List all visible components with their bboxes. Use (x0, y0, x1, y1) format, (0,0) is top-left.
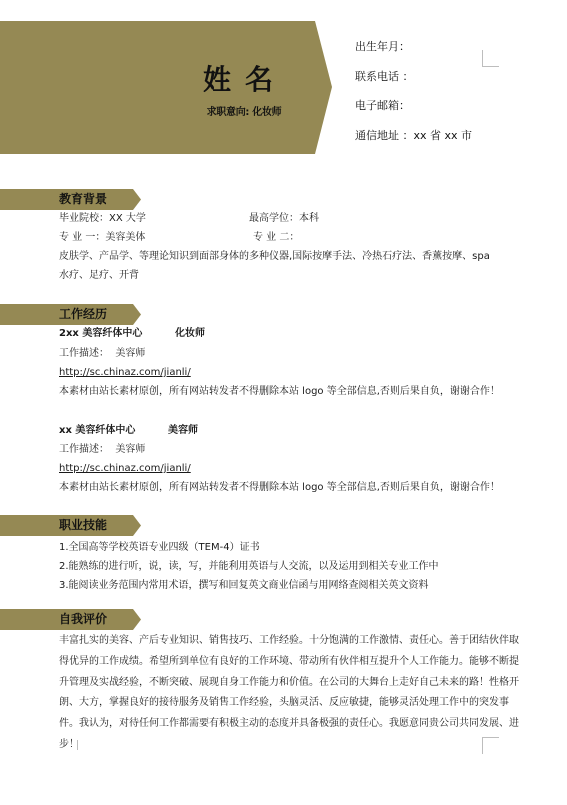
degree-line: 最高学位：本科 (249, 212, 319, 226)
contact-phone: 联系电话 ： (355, 68, 472, 98)
section-title-self-eval: 自我评价 (59, 609, 107, 630)
degree-label: 最高学位： (249, 213, 299, 224)
page-corner-mark-bottom-left (77, 740, 78, 750)
job-intent-value: 化妆师 (252, 107, 281, 118)
work-item-1-note: 本素材由站长素材原创，所有网站转发者不得删除本站 logo 等全部信息,否则后果… (59, 385, 500, 399)
candidate-name: 姓名 (200, 58, 290, 98)
courses-line-1: 皮肤学、产品学、等理论知识到面部身体的多种仪器,国际按摩手法、冷热石疗法、香薰按… (59, 250, 490, 264)
desc-label: 工作描述： (59, 348, 109, 359)
desc-value: 美容师 (115, 444, 145, 455)
school-line: 毕业院校：XX 大学 (59, 212, 146, 226)
birth-label: 出生年月： (355, 40, 410, 53)
work-item-2-company: xx 美容纤体中心 (59, 424, 135, 438)
desc-value: 美容师 (115, 348, 145, 359)
skill-item-3: 3.能阅读业务范围内常用术语，撰写和回复英文商业信函与用网络查阅相关英文资料 (59, 579, 429, 593)
address-value: xx 省 xx 市 (414, 129, 473, 142)
page-corner-mark-top (482, 50, 499, 67)
section-title-skills: 职业技能 (59, 515, 107, 536)
phone-label: 联系电话 ： (355, 70, 414, 83)
degree-value: 本科 (299, 213, 319, 224)
contact-email: 电子邮箱： (355, 97, 472, 127)
work-item-2-link[interactable]: http://sc.chinaz.com/jianli/ (59, 462, 191, 476)
address-label: 通信地址 ： (355, 129, 414, 142)
page-corner-mark-bottom (482, 737, 499, 754)
work-item-1-link[interactable]: http://sc.chinaz.com/jianli/ (59, 366, 191, 380)
contact-info: 出生年月： 联系电话 ： 电子邮箱： 通信地址 ：xx 省 xx 市 (355, 38, 472, 156)
work-item-1-role: 化妆师 (175, 327, 205, 341)
work-item-2-role: 美容师 (168, 424, 198, 438)
skill-item-1: 1.全国高等学校英语专业四级（TEM-4）证书 (59, 541, 260, 555)
work-item-2-note: 本素材由站长素材原创，所有网站转发者不得删除本站 logo 等全部信息,否则后果… (59, 481, 500, 495)
self-eval-text: 丰富扎实的美容、产后专业知识、销售技巧、工作经验。十分饱满的工作激情、责任心。善… (59, 631, 519, 756)
school-value: XX 大学 (109, 213, 146, 224)
email-label: 电子邮箱： (355, 99, 410, 112)
work-item-1-company: 2xx 美容纤体中心 (59, 327, 142, 341)
work-item-2-desc: 工作描述： 美容师 (59, 443, 145, 457)
section-title-education: 教育背景 (59, 189, 107, 210)
courses-line-2: 水疗、足疗、开背 (59, 269, 139, 283)
skill-item-2: 2.能熟练的进行听，说，读，写，并能利用英语与人交流，以及运用到相关专业工作中 (59, 560, 439, 574)
major1-label: 专 业 一： (59, 232, 105, 243)
contact-address: 通信地址 ：xx 省 xx 市 (355, 127, 472, 157)
job-intent-label: 求职意向: (207, 107, 250, 118)
major1-value: 美容美体 (105, 232, 145, 243)
school-label: 毕业院校： (59, 213, 109, 224)
work-item-1-desc: 工作描述： 美容师 (59, 347, 145, 361)
contact-birth: 出生年月： (355, 38, 472, 68)
major2-label: 专 业 二： (253, 232, 299, 243)
major1-line: 专 业 一：美容美体 (59, 231, 145, 245)
major2-line: 专 业 二： (253, 231, 299, 245)
job-intent: 求职意向: 化妆师 (186, 103, 302, 118)
section-title-work: 工作经历 (59, 304, 107, 325)
desc-label: 工作描述： (59, 444, 109, 455)
